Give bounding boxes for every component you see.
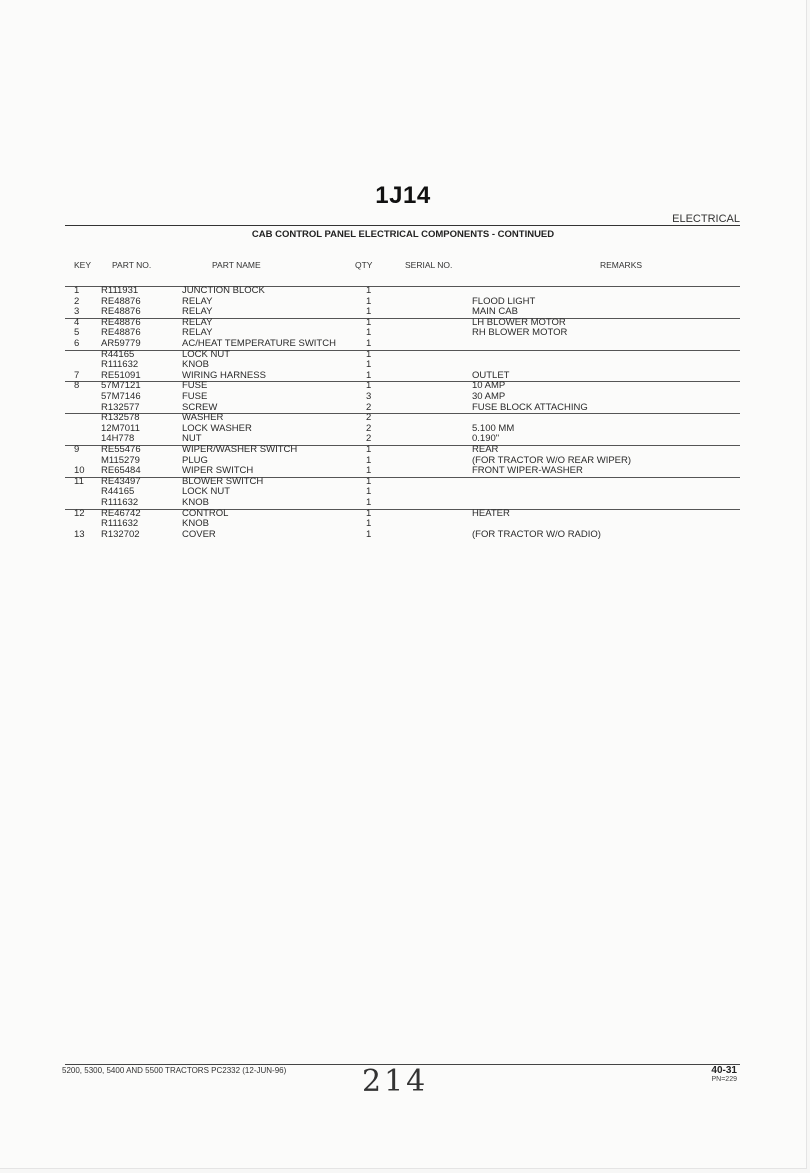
part-name-cell: JUNCTION BLOCK [182,286,265,297]
part-no-cell: RE55476 [101,445,141,456]
part-name-cell: COVER [182,530,216,541]
key-cell: 6 [74,339,79,350]
page-subtitle: CAB CONTROL PANEL ELECTRICAL COMPONENTS … [0,229,806,240]
page-number: 40-31 [711,1065,737,1076]
column-header-remarks: REMARKS [600,260,642,270]
key-cell: 11 [74,477,84,488]
part-name-cell: KNOB [182,498,209,509]
page-title: 1J14 [0,182,806,210]
table-row: R111632KNOB1 [0,498,806,509]
part-no-cell: AR59779 [101,339,141,350]
part-no-cell: R111632 [101,498,138,509]
qty-cell: 3 [366,392,371,403]
remarks-cell: 30 AMP [472,392,505,403]
table-row: 9RE55476WIPER/WASHER SWITCH1REAR [0,445,806,456]
footer-models: 5200, 5300, 5400 AND 5500 TRACTORS PC233… [62,1066,286,1075]
part-name-cell: AC/HEAT TEMPERATURE SWITCH [182,339,336,350]
part-no-cell: R132702 [101,530,140,541]
column-header-serial-no: SERIAL NO. [405,260,452,270]
part-name-cell: FUSE [182,392,207,403]
handwritten-note: 214 [362,1064,428,1099]
key-cell: 9 [74,445,79,456]
qty-cell: 1 [366,445,371,456]
remarks-cell: RH BLOWER MOTOR [472,328,567,339]
part-no-cell: R111931 [101,286,138,297]
section-label: ELECTRICAL [672,213,740,225]
part-name-cell: WIPER/WASHER SWITCH [182,445,297,456]
table-row: 13R132702COVER1(FOR TRACTOR W/O RADIO) [0,530,806,541]
column-header-key: KEY [74,260,91,270]
header-rule [65,225,740,226]
page-sheet [0,0,807,1169]
table-row: 6AR59779AC/HEAT TEMPERATURE SWITCH1 [0,339,806,350]
remarks-cell: REAR [472,445,498,456]
table-row: 1R111931JUNCTION BLOCK1 [0,286,806,297]
key-cell: 13 [74,530,85,541]
key-cell: 8 [74,381,79,392]
remarks-cell: (FOR TRACTOR W/O RADIO) [472,530,601,541]
part-no-cell: 57M7146 [101,392,141,403]
remarks-cell: HEATER [472,509,510,520]
qty-cell: 1 [366,498,371,509]
qty-cell: 1 [366,339,371,350]
column-header-part-name: PART NAME [212,260,261,270]
remarks-cell: FUSE BLOCK ATTACHING [472,403,588,414]
key-cell: 1 [74,286,79,297]
remarks-cell: FRONT WIPER-WASHER [472,466,583,477]
column-header-part-no: PART NO. [112,260,151,270]
column-header-qty: QTY [355,260,372,270]
qty-cell: 1 [366,286,371,297]
key-cell: 12 [74,509,85,520]
qty-cell: 1 [366,530,371,541]
table-row: 57M7146FUSE330 AMP [0,392,806,403]
pn-number: PN=229 [712,1076,738,1083]
